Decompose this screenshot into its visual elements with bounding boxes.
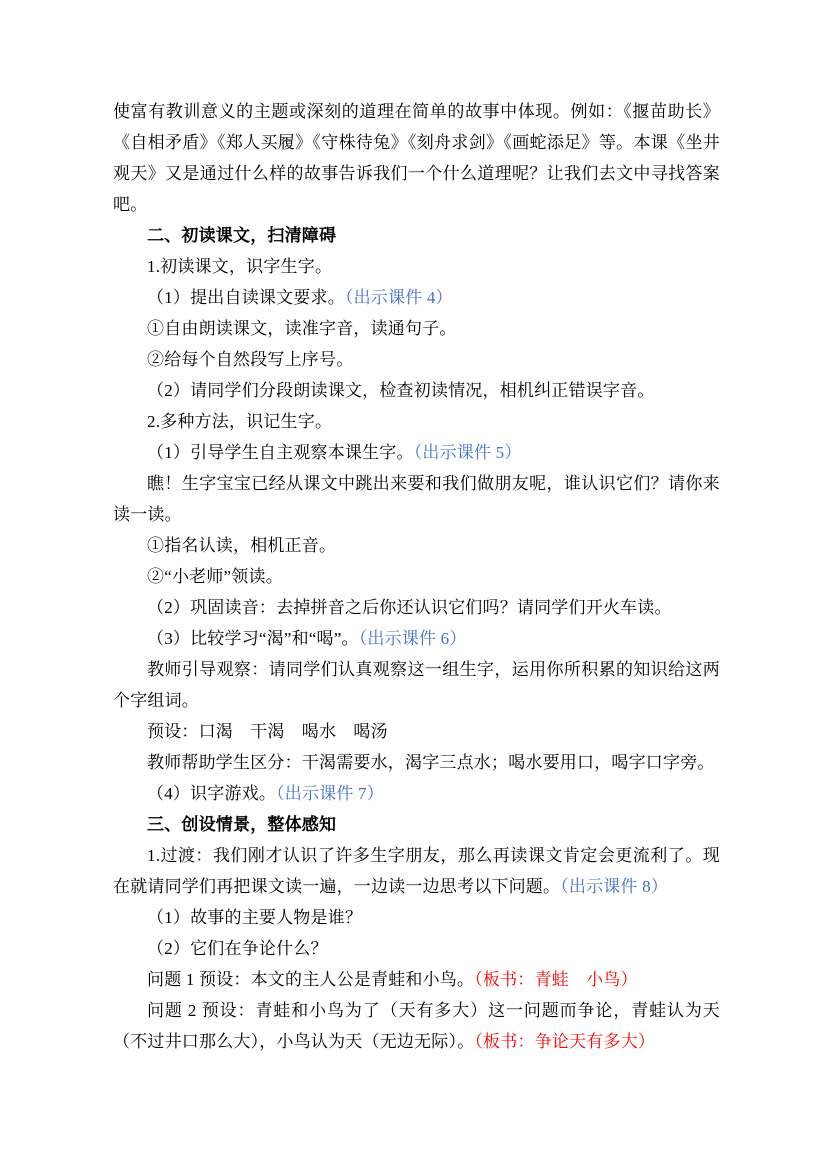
- paragraph-teacher-guide: 教师引导观察：请同学们认真观察这一组生字，运用你所积累的知识给这两个字组词。: [113, 654, 720, 716]
- text-run: （2）巩固读音：去掉拼音之后你还认识它们吗？请同学们开火车读。: [147, 598, 672, 617]
- text-run: ①指名认读，相机正音。: [147, 536, 336, 555]
- paragraph-answer-1: 问题 1 预设：本文的主人公是青蛙和小鸟。（板书：青蛙 小鸟）: [113, 964, 720, 995]
- paragraph-transition: 1.过渡：我们刚才认识了许多生字朋友，那么再读课文肯定会更流利了。现在就请同学们…: [113, 840, 720, 902]
- courseware-ref: （出示课件 6）: [359, 629, 467, 648]
- text-run: （2）请同学们分段朗读课文，检查初读情况，相机纠正错误字音。: [147, 381, 655, 400]
- paragraph-item-circle-1: ①自由朗读课文，读准字音，读通句子。: [113, 313, 720, 344]
- paragraph-step-1-1: （1）提出自读课文要求。（出示课件 4）: [113, 282, 720, 313]
- courseware-ref: （出示课件 4）: [345, 288, 453, 307]
- paragraph-step-2-2: （2）巩固读音：去掉拼音之后你还认识它们吗？请同学们开火车读。: [113, 592, 720, 623]
- paragraph-step-1-2: （2）请同学们分段朗读课文，检查初读情况，相机纠正错误字音。: [113, 375, 720, 406]
- text-run: （1）故事的主要人物是谁？: [147, 908, 362, 927]
- paragraph-step-1: 1.初读课文，识字生字。: [113, 251, 720, 282]
- text-run: 问题 1 预设：本文的主人公是青蛙和小鸟。: [147, 970, 474, 989]
- paragraph-teacher-talk: 瞧！生字宝宝已经从课文中跳出来要和我们做朋友呢，谁认识它们？请你来读一读。: [113, 468, 720, 530]
- paragraph-step-2-3: （3）比较学习“渴”和“喝”。（出示课件 6）: [113, 623, 720, 654]
- board-note: （板书：青蛙 小鸟）: [474, 970, 638, 989]
- paragraph-answer-2: 问题 2 预设：青蛙和小鸟为了（天有多大）这一问题而争论，青蛙认为天（不过井口那…: [113, 995, 720, 1057]
- text-run: （1）引导学生自主观察本课生字。: [147, 443, 414, 462]
- paragraph-teacher-help: 教师帮助学生区分：干渴需要水，渴字三点水；喝水要用口，喝字口字旁。: [113, 747, 720, 778]
- text-run: 2.多种方法，识记生字。: [147, 412, 332, 431]
- courseware-ref: （出示课件 8）: [560, 877, 668, 896]
- text-run: （1）提出自读课文要求。: [147, 288, 345, 307]
- text-run: 三、创设情景，整体感知: [147, 815, 336, 834]
- text-run: ②“小老师”领读。: [147, 567, 283, 586]
- document-page: 使富有教训意义的主题或深刻的道理在简单的故事中体现。例如：《揠苗助长》《自相矛盾…: [0, 0, 827, 1170]
- paragraph-item-circle-2: ②给每个自然段写上序号。: [113, 344, 720, 375]
- board-note: （板书：争论天有多大）: [474, 1032, 655, 1051]
- paragraph-preset-words: 预设：口渴 干渴 喝水 喝汤: [113, 716, 720, 747]
- paragraph-item-circle-2b: ②“小老师”领读。: [113, 561, 720, 592]
- text-run: 使富有教训意义的主题或深刻的道理在简单的故事中体现。例如：《揠苗助长》《自相矛盾…: [113, 102, 720, 214]
- text-run: 二、初读课文，扫清障碍: [147, 226, 336, 245]
- text-run: 瞧！生字宝宝已经从课文中跳出来要和我们做朋友呢，谁认识它们？请你来读一读。: [113, 474, 720, 524]
- paragraph-step-2: 2.多种方法，识记生字。: [113, 406, 720, 437]
- text-run: （2）它们在争论什么？: [147, 939, 328, 958]
- paragraph-step-2-1: （1）引导学生自主观察本课生字。（出示课件 5）: [113, 437, 720, 468]
- document-body: 使富有教训意义的主题或深刻的道理在简单的故事中体现。例如：《揠苗助长》《自相矛盾…: [113, 96, 720, 1057]
- text-run: 预设：口渴 干渴 喝水 喝汤: [147, 722, 388, 741]
- text-run: （3）比较学习“渴”和“喝”。: [147, 629, 359, 648]
- text-run: 1.初读课文，识字生字。: [147, 257, 332, 276]
- paragraph-item-circle-1b: ①指名认读，相机正音。: [113, 530, 720, 561]
- paragraph-question-2: （2）它们在争论什么？: [113, 933, 720, 964]
- paragraph-lead-in-continued: 使富有教训意义的主题或深刻的道理在简单的故事中体现。例如：《揠苗助长》《自相矛盾…: [113, 96, 720, 220]
- text-run: 教师帮助学生区分：干渴需要水，渴字三点水；喝水要用口，喝字口字旁。: [147, 753, 715, 772]
- courseware-ref: （出示课件 5）: [414, 443, 522, 462]
- heading-section-3: 三、创设情景，整体感知: [113, 809, 720, 840]
- text-run: ①自由朗读课文，读准字音，读通句子。: [147, 319, 457, 338]
- paragraph-step-2-4: （4）识字游戏。（出示课件 7）: [113, 778, 720, 809]
- heading-section-2: 二、初读课文，扫清障碍: [113, 220, 720, 251]
- text-run: 教师引导观察：请同学们认真观察这一组生字，运用你所积累的知识给这两个字组词。: [113, 660, 720, 710]
- text-run: ②给每个自然段写上序号。: [147, 350, 353, 369]
- text-run: （4）识字游戏。: [147, 784, 276, 803]
- paragraph-question-1: （1）故事的主要人物是谁？: [113, 902, 720, 933]
- courseware-ref: （出示课件 7）: [276, 784, 384, 803]
